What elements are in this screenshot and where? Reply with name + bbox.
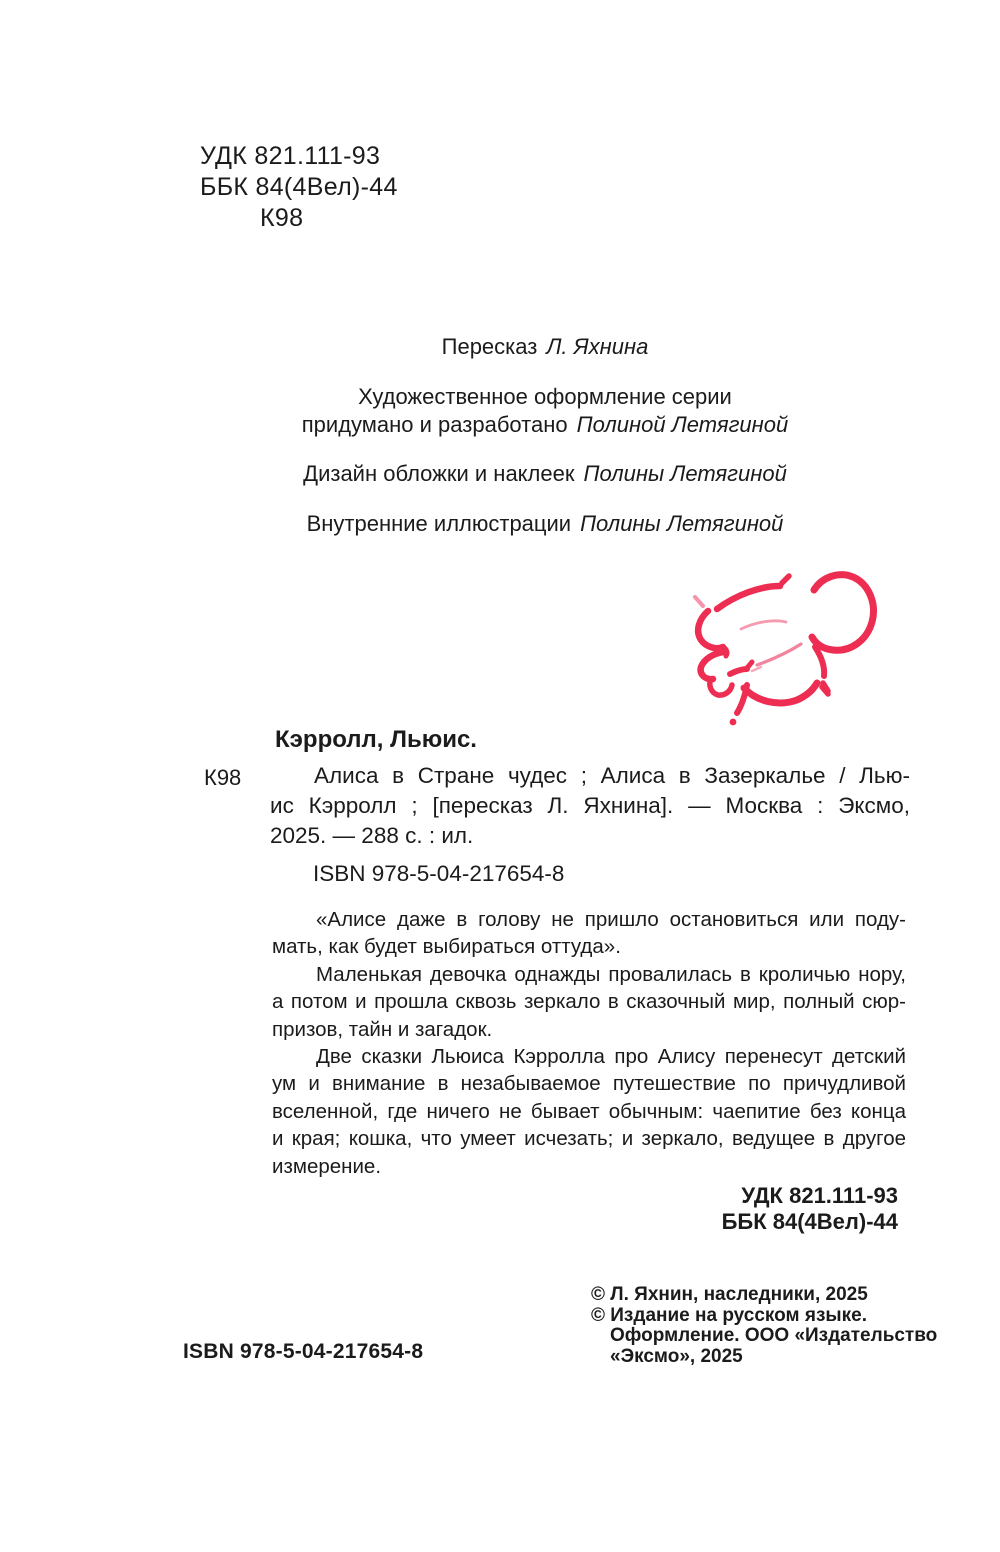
- bbk-number: ББК 84(4Вел)-44: [722, 1209, 898, 1235]
- annotation-block: «Алисе даже в голову не пришло остановит…: [272, 906, 906, 1180]
- credit-name: Л. Яхнина: [546, 334, 648, 359]
- book-imprint-page: УДК 821.111-93 ББК 84(4Вел)-44 К98 Перес…: [0, 0, 1000, 1552]
- credit-name: Полины Летягиной: [580, 511, 783, 536]
- biblio-line: ис Кэрролл ; [пересказ Л. Яхнина]. — Мос…: [270, 791, 910, 821]
- credit-series-design-line2: придумано и разработаноПолиной Летягиной: [180, 411, 910, 439]
- credit-cover-design: Дизайн обложки и наклеекПолины Летягиной: [180, 460, 910, 488]
- credit-label: придумано и разработано: [302, 412, 568, 437]
- credit-label: Внутренние иллюстрации: [307, 511, 572, 536]
- red-ink-cat-sketch-icon: [670, 553, 890, 741]
- annotation-line: и края; кошка, что умеет исчезать; и зер…: [272, 1125, 906, 1152]
- annotation-line: «Алисе даже в голову не пришло остановит…: [272, 906, 906, 933]
- credit-name: Полиной Летягиной: [577, 412, 789, 437]
- annotation-line: ум и внимание в незабываемое путешествие…: [272, 1070, 906, 1097]
- copyright-line: © Л. Яхнин, наследники, 2025: [591, 1285, 937, 1306]
- annotation-line: Две сказки Льюиса Кэрролла про Алису пер…: [272, 1043, 906, 1070]
- author-heading: Кэрролл, Льюис.: [275, 726, 477, 754]
- annotation-line: вселенной, где ничего не бывает обычным:…: [272, 1098, 906, 1125]
- biblio-line: 2025. — 288 с. : ил.: [270, 821, 910, 851]
- credit-illustrations: Внутренние иллюстрацииПолины Летягиной: [180, 510, 910, 538]
- credit-retelling: ПересказЛ. Яхнина: [180, 333, 910, 361]
- annotation-line: а потом и прошла сквозь зеркало в сказоч…: [272, 988, 906, 1015]
- annotation-line: измерение.: [272, 1153, 906, 1180]
- annotation-line: Маленькая девочка однажды провалилась в …: [272, 961, 906, 988]
- classification-block-top: УДК 821.111-93 ББК 84(4Вел)-44 К98: [200, 141, 398, 234]
- udk-number: УДК 821.111-93: [200, 141, 398, 172]
- author-sign-margin: К98: [204, 765, 241, 791]
- credit-label: Пересказ: [442, 334, 538, 359]
- author-sign: К98: [200, 203, 458, 234]
- annotation-line: мать, как будет выбираться оттуда».: [272, 933, 906, 960]
- isbn-card: ISBN 978-5-04-217654-8: [313, 861, 564, 887]
- biblio-line: Алиса в Стране чудес ; Алиса в Зазеркаль…: [270, 761, 910, 791]
- credit-series-design-line1: Художественное оформление серии: [180, 383, 910, 411]
- credit-name: Полины Летягиной: [584, 461, 787, 486]
- isbn-bottom: ISBN 978-5-04-217654-8: [183, 1340, 423, 1364]
- udk-number: УДК 821.111-93: [722, 1183, 898, 1209]
- copyright-block: © Л. Яхнин, наследники, 2025 © Издание н…: [591, 1285, 937, 1367]
- credit-label: Дизайн обложки и наклеек: [303, 461, 574, 486]
- bibliographic-description: Алиса в Стране чудес ; Алиса в Зазеркаль…: [270, 761, 910, 851]
- annotation-line: призов, тайн и загадок.: [272, 1016, 906, 1043]
- copyright-line: Оформление. ООО «Издательство: [591, 1326, 956, 1347]
- bbk-number: ББК 84(4Вел)-44: [200, 172, 398, 203]
- copyright-line: «Эксмо», 2025: [591, 1347, 956, 1368]
- classification-block-bottom: УДК 821.111-93 ББК 84(4Вел)-44: [722, 1183, 898, 1235]
- credit-label: Художественное оформление серии: [358, 384, 732, 409]
- copyright-line: © Издание на русском языке.: [591, 1306, 937, 1327]
